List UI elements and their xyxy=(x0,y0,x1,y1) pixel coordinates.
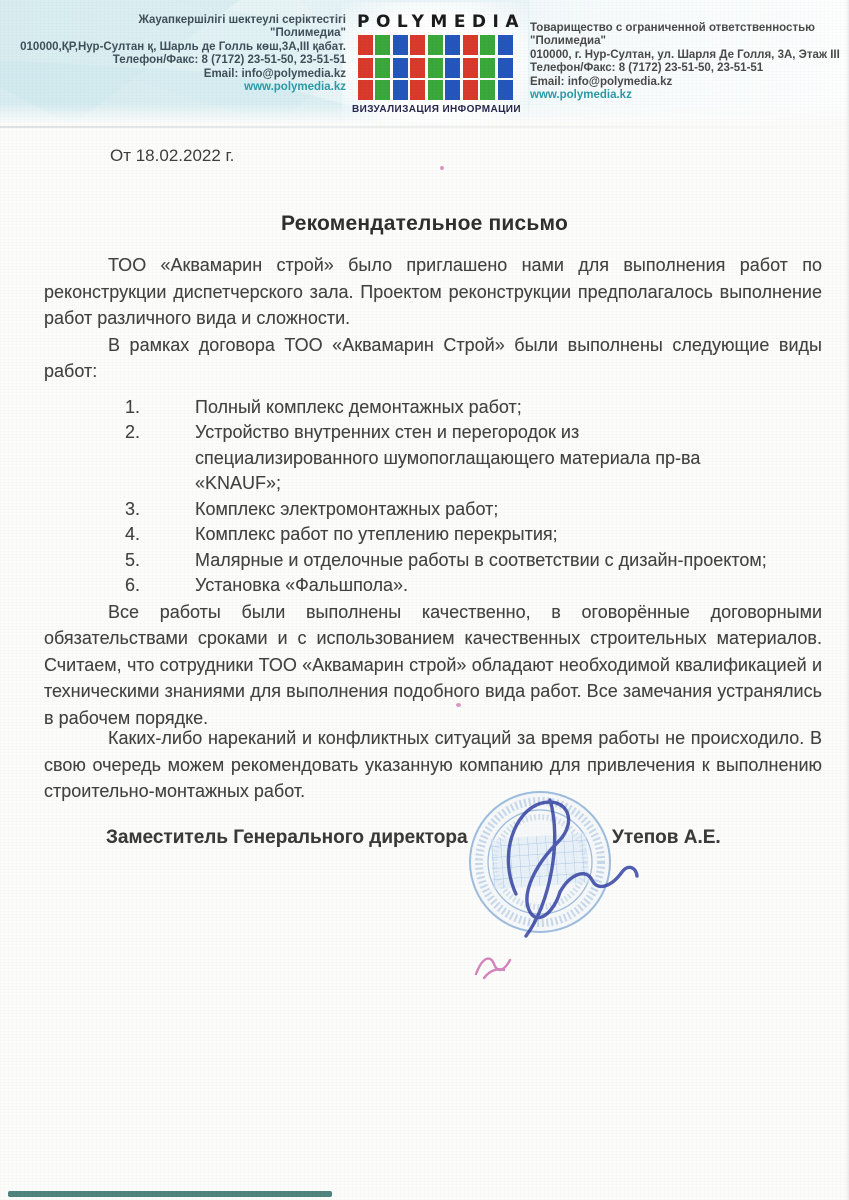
scan-artifact-strip xyxy=(8,1191,332,1197)
paragraph-recommendation: Каких-либо нареканий и конфликтных ситуа… xyxy=(44,725,822,805)
logo-cell-blue xyxy=(393,35,408,55)
list-item-number: 4. xyxy=(125,522,195,548)
website-link: www.polymedia.kz xyxy=(8,81,346,94)
pen-mark xyxy=(440,166,444,170)
email-kz: Email: info@polymedia.kz xyxy=(8,68,346,81)
list-item-number: 6. xyxy=(125,573,195,599)
website-link: www.polymedia.kz xyxy=(530,89,845,102)
list-item-number: 1. xyxy=(125,395,195,421)
logo-cell-green xyxy=(375,35,390,55)
logo-cell-blue xyxy=(445,58,460,78)
letter-body: ТОО «Аквамарин строй» было приглашено на… xyxy=(44,252,822,869)
letter-title: Рекомендательное письмо xyxy=(0,212,849,236)
logo-tagline: ВИЗУАЛИЗАЦИЯ ИНФОРМАЦИИ xyxy=(352,104,518,115)
phone-kz: Телефон/Факс: 8 (7172) 23-51-50, 23-51-5… xyxy=(8,54,346,67)
logo-cell-blue xyxy=(445,80,460,100)
logo-cell-red xyxy=(463,35,478,55)
logo-cell-blue xyxy=(498,58,513,78)
logo-cell-green xyxy=(375,58,390,78)
logo-cell-green xyxy=(428,35,443,55)
email-ru: Email: info@polymedia.kz xyxy=(530,76,845,89)
logo-cell-red xyxy=(358,80,373,100)
company-name-kz-quoted: "Полимедиа" xyxy=(8,27,346,40)
paragraph-contract: В рамках договора ТОО «Аквамарин Строй» … xyxy=(44,332,822,385)
scan-artifact-line xyxy=(0,126,849,128)
works-list: 1.Полный комплекс демонтажных работ; 2.У… xyxy=(125,395,822,599)
logo-cell-green xyxy=(480,58,495,78)
paragraph-quality: Все работы были выполнены качественно, в… xyxy=(44,599,822,732)
list-item-text: Установка «Фальшпола». xyxy=(195,573,812,599)
letter-date: От 18.02.2022 г. xyxy=(110,146,234,166)
letterhead-kazakh-block: Жауапкершілігі шектеулі серіктестігі "По… xyxy=(8,14,346,94)
list-item: 4.Комплекс работ по утеплению перекрытия… xyxy=(125,522,822,548)
list-item-text: Комплекс работ по утеплению перекрытия; xyxy=(195,522,812,548)
logo-cell-red xyxy=(410,35,425,55)
signature-row: Заместитель Генерального директора Утепо… xyxy=(44,825,822,869)
signature-scribble xyxy=(486,790,646,942)
pen-mark xyxy=(470,948,522,988)
company-name-ru-quoted: "Полимедиа" xyxy=(530,35,845,48)
logo-cell-red xyxy=(410,80,425,100)
logo-cell-red xyxy=(410,58,425,78)
letterhead-russian-block: Товарищество с ограниченной ответственно… xyxy=(530,22,845,102)
list-item: 2.Устройство внутренних стен и перегород… xyxy=(125,420,822,497)
list-item-text: Устройство внутренних стен и перегородок… xyxy=(195,420,812,497)
phone-ru: Телефон/Факс: 8 (7172) 23-51-50, 23-51-5… xyxy=(530,62,845,75)
list-item-text: Полный комплекс демонтажных работ; xyxy=(195,395,812,421)
logo-cell-blue xyxy=(498,80,513,100)
address-kz: 010000,ҚР,Нур-Султан қ, Шарль де Голль к… xyxy=(8,41,346,54)
company-name-ru: Товарищество с ограниченной ответственно… xyxy=(530,22,845,35)
list-item-number: 3. xyxy=(125,497,195,523)
logo-cell-blue xyxy=(393,58,408,78)
logo-cell-blue xyxy=(393,80,408,100)
list-item-text: Малярные и отделочные работы в соответст… xyxy=(195,548,812,574)
logo-cell-green xyxy=(428,80,443,100)
logo-cell-red xyxy=(358,58,373,78)
company-name-kz: Жауапкершілігі шектеулі серіктестігі xyxy=(8,14,346,27)
logo-cell-red xyxy=(463,58,478,78)
logo-cell-green xyxy=(428,58,443,78)
signatory-position: Заместитель Генерального директора xyxy=(106,825,468,852)
list-item: 5.Малярные и отделочные работы в соответ… xyxy=(125,548,822,574)
logo-cell-green xyxy=(375,80,390,100)
logo-cell-red xyxy=(463,80,478,100)
scanned-letter-page: Жауапкершілігі шектеулі серіктестігі "По… xyxy=(0,0,849,1200)
list-item: 6.Установка «Фальшпола». xyxy=(125,573,822,599)
polymedia-logo: POLYMEDIA ВИЗУАЛИЗАЦИЯ ИНФОРМАЦИИ xyxy=(352,12,518,115)
logo-cell-green xyxy=(480,80,495,100)
logo-rgb-grid xyxy=(358,35,513,100)
pen-mark xyxy=(456,703,461,707)
list-item-text: Комплекс электромонтажных работ; xyxy=(195,497,812,523)
address-ru: 010000, г. Нур-Султан, ул. Шарля Де Голл… xyxy=(530,49,845,62)
list-item-number: 5. xyxy=(125,548,195,574)
list-item: 3.Комплекс электромонтажных работ; xyxy=(125,497,822,523)
paragraph-intro: ТОО «Аквамарин строй» было приглашено на… xyxy=(44,252,822,332)
logo-cell-blue xyxy=(498,35,513,55)
logo-wordmark: POLYMEDIA xyxy=(352,12,518,32)
list-item: 1.Полный комплекс демонтажных работ; xyxy=(125,395,822,421)
list-item-number: 2. xyxy=(125,420,195,497)
logo-cell-blue xyxy=(445,35,460,55)
scan-edge-shadow xyxy=(845,0,849,1200)
logo-cell-red xyxy=(358,35,373,55)
logo-cell-green xyxy=(480,35,495,55)
